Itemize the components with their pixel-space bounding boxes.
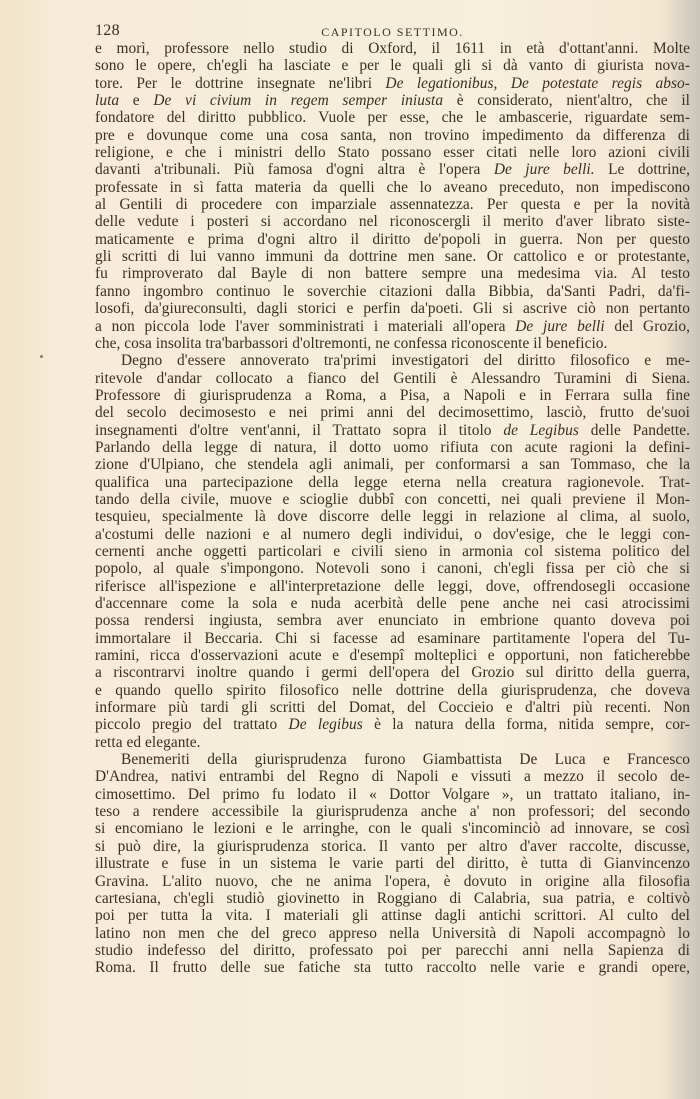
text-line: religione, e che i ministri dello Stato …: [95, 144, 690, 161]
text-line: e quando quello spirito filosofico nelle…: [95, 682, 690, 699]
text-run: tore. Per le dottrine insegnate ne'libri: [95, 75, 385, 92]
text-line: Roma. Il frutto delle sue fatiche sta tu…: [95, 959, 690, 976]
text-line: illustrate e fuse in un sistema le varie…: [95, 855, 690, 872]
text-line: d'accennare come la sola e nuda acerbità…: [95, 595, 690, 612]
text-run: fu rimproverato dal Bayle di non battere…: [95, 265, 690, 282]
text-run: fondatore del diritto pubblico. Vuole pe…: [95, 109, 690, 126]
text-run: riferisce all'ispezione e all'interpreta…: [95, 578, 690, 595]
text-line: si encomiano le lezioni e le arringhe, c…: [95, 820, 690, 837]
text-line: davanti a'tribunali. Più famosa d'ogni a…: [95, 161, 690, 178]
text-run: e morì, professore nello studio di Oxfor…: [95, 40, 690, 57]
italic-title: De jure belli.: [494, 161, 595, 178]
text-run: sono le opere, ch'egli ha lasciate e per…: [95, 57, 690, 74]
text-run: è la natura della forma, nitida sempre, …: [363, 716, 690, 733]
text-run: d'accennare come la sola e nuda acerbità…: [95, 595, 690, 612]
text-line: piccolo pregio del trattato De legibus è…: [95, 716, 690, 733]
text-run: a riscontrarvi inoltre quando i germi de…: [95, 664, 690, 681]
text-run: si encomiano le lezioni e le arringhe, c…: [95, 820, 690, 837]
text-line: tando della civile, muove e scioglie dub…: [95, 491, 690, 508]
text-run: ramini, ricca d'osservazioni acute e d'e…: [95, 647, 690, 664]
text-line: luta e De vi civium in regem semper iniu…: [95, 92, 690, 109]
text-line: retta ed elegante.: [95, 734, 690, 751]
text-line: latino non men che del greco appreso nel…: [95, 925, 690, 942]
text-line: studio indefesso del diritto, professato…: [95, 942, 690, 959]
text-line: cartesiana, ch'egli studiò giovinetto in…: [95, 890, 690, 907]
text-run: ritevole d'andar collocato a fianco del …: [95, 370, 690, 387]
text-run: D'Andrea, nativi entrambi del Regno di N…: [95, 768, 690, 785]
text-line: ramini, ricca d'osservazioni acute e d'e…: [95, 647, 690, 664]
text-line: possa rendersi ingiusta, sembra aver enu…: [95, 612, 690, 629]
text-run: losofi, da'giureconsulti, dagli storici …: [95, 300, 690, 317]
text-run: cartesiana, ch'egli studiò giovinetto in…: [95, 890, 690, 907]
text-run: al Gentili di procedere con imparziale a…: [95, 196, 690, 213]
text-line: popolo, al quale s'impongono. Notevoli s…: [95, 560, 690, 577]
text-run: a non piccola lode l'aver somministrati …: [95, 318, 515, 335]
text-line: insegnamenti d'oltre vent'anni, il Tratt…: [95, 422, 690, 439]
text-line: cimosettimo. Del primo fu lodato il « Do…: [95, 786, 690, 803]
text-run: Benemeriti della giurisprudenza furono G…: [121, 751, 690, 768]
text-run: delle vedute i posteri si accordano nel …: [95, 213, 690, 230]
text-run: zione d'Ulpiano, che stendela agli anima…: [95, 456, 690, 473]
text-line: maticamente e prima d'ogni altro il diri…: [95, 231, 690, 248]
text-line: del secolo decimosesto e nei primi anni …: [95, 404, 690, 421]
text-line: fanno ingombro continuo le soverchie cit…: [95, 283, 690, 300]
text-line: riferisce all'ispezione e all'interpreta…: [95, 578, 690, 595]
text-line: tesquieu, specialmente là dove discorre …: [95, 508, 690, 525]
text-line: pre e dovunque come una cosa santa, non …: [95, 127, 690, 144]
text-run: pre e dovunque come una cosa santa, non …: [95, 127, 690, 144]
text-run: fanno ingombro continuo le soverchie cit…: [95, 283, 690, 300]
text-line: si può dire, la giurisprudenza storica. …: [95, 838, 690, 855]
text-line: e morì, professore nello studio di Oxfor…: [95, 40, 690, 57]
margin-speck: [40, 355, 43, 358]
text-line: Benemeriti della giurisprudenza furono G…: [95, 751, 690, 768]
text-run: Professore di giurisprudenza a Roma, a P…: [95, 387, 690, 404]
text-line: fu rimproverato dal Bayle di non battere…: [95, 265, 690, 282]
text-line: sono le opere, ch'egli ha lasciate e per…: [95, 57, 690, 74]
text-line: Degno d'essere annoverato tra'primi inve…: [95, 352, 690, 369]
text-line: zione d'Ulpiano, che stendela agli anima…: [95, 456, 690, 473]
text-line: professate in sì fatta materia da quelli…: [95, 179, 690, 196]
italic-title: de Legibus: [503, 422, 579, 439]
text-run: a'costumi delle nazioni e al numero degl…: [95, 526, 690, 543]
text-run: tando della civile, muove e scioglie dub…: [95, 491, 690, 508]
text-run: latino non men che del greco appreso nel…: [95, 925, 690, 942]
text-line: a non piccola lode l'aver somministrati …: [95, 318, 690, 335]
text-run: Parlando della legge di natura, il dotto…: [95, 439, 690, 456]
text-run: tesquieu, specialmente là dove discorre …: [95, 508, 690, 525]
text-line: cernenti anche oggetti particolari e civ…: [95, 543, 690, 560]
text-line: ritevole d'andar collocato a fianco del …: [95, 370, 690, 387]
text-line: a riscontrarvi inoltre quando i germi de…: [95, 664, 690, 681]
text-run: professate in sì fatta materia da quelli…: [95, 179, 690, 196]
text-line: qualifica una partecipazione della legge…: [95, 474, 690, 491]
running-title: CAPITOLO SETTIMO.: [95, 25, 690, 40]
text-run: popolo, al quale s'impongono. Notevoli s…: [95, 560, 690, 577]
text-run: qualifica una partecipazione della legge…: [95, 474, 690, 491]
text-run: del secolo decimosesto e nei primi anni …: [95, 404, 690, 421]
text-line: losofi, da'giureconsulti, dagli storici …: [95, 300, 690, 317]
text-run: del Grozio,: [605, 318, 690, 335]
text-run: delle Pandette.: [579, 422, 690, 439]
italic-title: De legibus: [289, 716, 363, 733]
text-line: poi per tutta la vita. I materiali gli a…: [95, 907, 690, 924]
text-line: gli scritti di lui vanno immuni da dottr…: [95, 248, 690, 265]
text-line: che, cosa insolita tra'barbassori d'oltr…: [95, 335, 690, 352]
italic-title: luta: [95, 92, 119, 109]
text-run: religione, e che i ministri dello Stato …: [95, 144, 690, 161]
text-line: al Gentili di procedere con imparziale a…: [95, 196, 690, 213]
text-run: Degno d'essere annoverato tra'primi inve…: [121, 352, 690, 369]
text-run: possa rendersi ingiusta, sembra aver enu…: [95, 612, 690, 629]
text-line: informare più tardi gli scritti del Doma…: [95, 699, 690, 716]
text-run: si può dire, la giurisprudenza storica. …: [95, 838, 690, 855]
text-line: Gravina. L'alito nuovo, che ne anima l'o…: [95, 873, 690, 890]
text-run: Roma. Il frutto delle sue fatiche sta tu…: [95, 959, 690, 976]
text-line: tore. Per le dottrine insegnate ne'libri…: [95, 75, 690, 92]
text-line: a'costumi delle nazioni e al numero degl…: [95, 526, 690, 543]
text-run: e: [119, 92, 153, 109]
text-run: è considerato, nient'altro, che il: [443, 92, 690, 109]
text-run: Le dottrine,: [595, 161, 690, 178]
page-header: 128 CAPITOLO SETTIMO.: [95, 22, 690, 40]
text-line: Parlando della legge di natura, il dotto…: [95, 439, 690, 456]
text-run: Gravina. L'alito nuovo, che ne anima l'o…: [95, 873, 690, 890]
text-line: immortalare il Beccaria. Chi si facesse …: [95, 630, 690, 647]
text-run: gli scritti di lui vanno immuni da dottr…: [95, 248, 690, 265]
text-line: D'Andrea, nativi entrambi del Regno di N…: [95, 768, 690, 785]
text-run: studio indefesso del diritto, professato…: [95, 942, 690, 959]
text-run: insegnamenti d'oltre vent'anni, il Tratt…: [95, 422, 503, 439]
text-run: piccolo pregio del trattato: [95, 716, 289, 733]
text-line: delle vedute i posteri si accordano nel …: [95, 213, 690, 230]
text-run: retta ed elegante.: [95, 734, 201, 751]
text-run: davanti a'tribunali. Più famosa d'ogni a…: [95, 161, 494, 178]
text-line: fondatore del diritto pubblico. Vuole pe…: [95, 109, 690, 126]
text-run: poi per tutta la vita. I materiali gli a…: [95, 907, 690, 924]
text-run: maticamente e prima d'ogni altro il diri…: [95, 231, 690, 248]
text-run: cimosettimo. Del primo fu lodato il « Do…: [95, 786, 690, 803]
text-line: teso a rendere accessibile la giurisprud…: [95, 803, 690, 820]
italic-title: De vi civium in regem semper iniusta: [153, 92, 443, 109]
italic-title: De jure belli: [515, 318, 604, 335]
text-line: Professore di giurisprudenza a Roma, a P…: [95, 387, 690, 404]
text-run: cernenti anche oggetti particolari e civ…: [95, 543, 690, 560]
text-run: illustrate e fuse in un sistema le varie…: [95, 855, 690, 872]
text-run: e quando quello spirito filosofico nelle…: [95, 682, 690, 699]
text-run: informare più tardi gli scritti del Doma…: [95, 699, 690, 716]
text-run: teso a rendere accessibile la giurisprud…: [95, 803, 690, 820]
body-text: e morì, professore nello studio di Oxfor…: [95, 40, 690, 977]
text-run: che, cosa insolita tra'barbassori d'oltr…: [95, 335, 607, 352]
italic-title: De legationibus, De potestate regis abso…: [385, 75, 690, 92]
text-run: immortalare il Beccaria. Chi si facesse …: [95, 630, 690, 647]
